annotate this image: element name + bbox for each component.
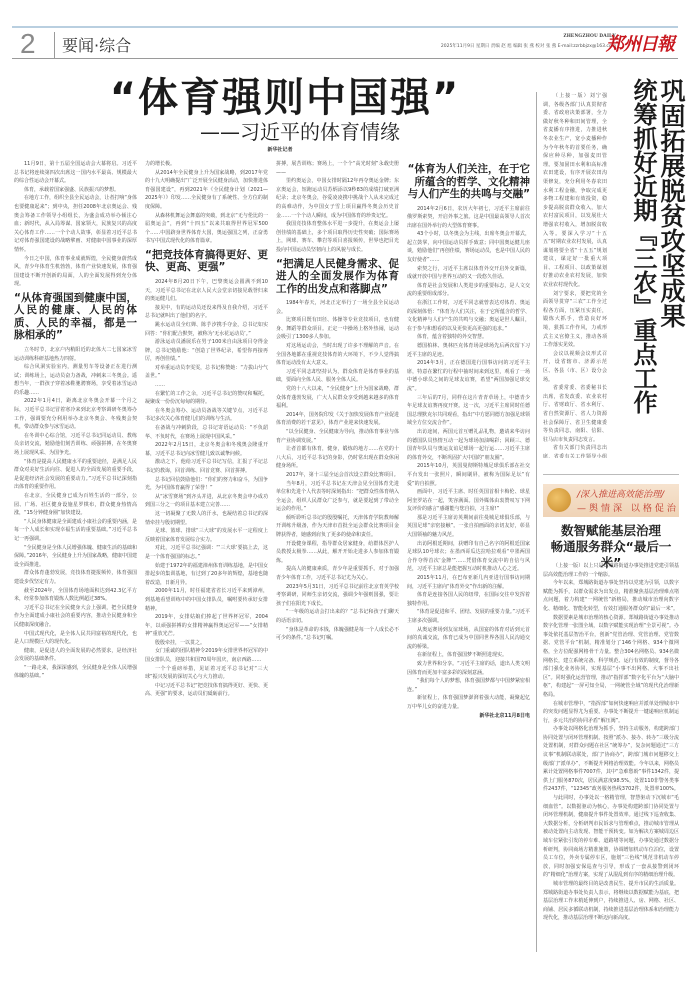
byline: 新华社记者 xyxy=(220,146,340,153)
paragraph: 2000年11月，时任福建省省长习近平来到漳州，到基地看望训练中的中国女排队员，… xyxy=(145,587,268,613)
paragraph: “人民身体健康是全面建成小康社会的重要内涵，是每一个人成长和实现幸福生活的重要基… xyxy=(14,518,137,544)
paragraph: 中记习近平总书记“把竞技体育搞得更好、更快、更高、更强”的要求，运动员们砥砺前行… xyxy=(145,682,268,699)
banner-line-2: —舆情深 以格促治 xyxy=(577,501,679,514)
section-name: 要闻·综合 xyxy=(62,33,131,56)
paragraph: 1984年春天，河北正定举行了一场全县全民运动会。 xyxy=(276,299,399,316)
paragraph: （上接一版）以上只是郑城路街道办事处推进党建引领基层高效能治理工作的一个缩影。 xyxy=(543,562,679,579)
paragraph: 2022年2月15日，北京冬奥会和冬残奥会隆重开幕，习近平总书记向冰雪健儿致以诚… xyxy=(145,441,268,458)
paragraph: …… xyxy=(145,381,268,390)
paragraph: 城市管理的最终目的是改善民生、提升市民的生活质量。郑城路街道办事处负责人表示，将… xyxy=(543,880,679,923)
page-number: 2 xyxy=(20,28,36,60)
paragraph: 跳水运动员全红婵、陈芋汐携手夺金，总书记如实回答：“你们配合默契，被称为‘无水花… xyxy=(145,321,268,338)
paragraph: 2019年，女排姑娘们捧起了世界杯冠军，2004年，以顽强拼搏的女排精神赢得奥运… xyxy=(145,613,268,639)
side-headline-part-3: 加强农田水利建设 xyxy=(610,250,637,450)
paragraph: 那是习近平主席访英期间前往曼城足球俱乐部，与英国足球“亲密接触”。一张自拍画面的… xyxy=(407,514,530,540)
paragraph: 习近平总书记在全民健身大会上强调，把全民健身作为全面建成小康社会的重要内容，推动… xyxy=(14,604,137,630)
paragraph: “一路走来，我深深感到，全民健身是全体人民增强体魄的基础。” xyxy=(14,664,137,681)
paragraph: 体育是社会发展和人类进步的重要标志，是人文交流的重要组成部分。 xyxy=(407,282,530,299)
paragraph: 2023年5月31日，习近平总书记前往北京育英学校考察调研，同师生亲切交流，强调… xyxy=(276,583,399,609)
paragraph: 提高人的健康素质，青少年是重要抓手。对于加强青少年体育工作，习近平总书记尤为关心… xyxy=(276,565,399,582)
paragraph: 力的增长极。 xyxy=(145,160,268,169)
paragraph: 会议以视频会议形式召开，设省辖市、济源示范区、各县（市、区）设分会场。 xyxy=(543,350,607,384)
paragraph: 画面中，习近平主席、时任英国首相卡梅伦、球星阿奎罗站在一起，笑容满面。国外媒体由… xyxy=(407,488,530,514)
paragraph: “身体是革命的本钱，体魄强健是每一个人成长必不可少的条件。”总书记叮嘱。 xyxy=(276,626,399,643)
header-rule xyxy=(12,26,678,28)
paragraph: 体育，蕴含着独特的外交智慧。 xyxy=(407,333,530,342)
paragraph: 让者首都有体育，健身，锻炼的地方……在党的十八大后，习近平总书记的身影，仍时常出… xyxy=(276,445,399,471)
paragraph: （上接一版）刘宁强调，各级各部门认真贯彻省委、省政府决策部署，全力做好秋冬种和田… xyxy=(543,92,607,290)
paragraph: “体育是提高人民健康水平的重要途径，是满足人民群众对美好生活向往、促进人的全面发… xyxy=(14,458,137,492)
main-headline: “体育强则中国强” xyxy=(100,66,470,123)
paragraph: 立冬时节，北京户内稍阳近的北体大二七国家冰雪运动训练科研基地热力四射。 xyxy=(14,346,137,363)
paragraph: 接见中，有的运动员还没来得及自我介绍，习近平总书记就叫出了他们的名字。 xyxy=(145,304,268,321)
section-divider xyxy=(543,474,679,475)
paragraph: 在浙江工作时，习近平同志就曾表达对体育、奥运的深刻体悟：“体育为人们关注，在于它… xyxy=(407,299,530,333)
paragraph: 对这场运动会，当时出现了许多不理解的声音。在全国各地都在重视竞技体育的大环境下，… xyxy=(276,342,399,368)
paragraph: 2015年10月，英国曼彻斯特城足球俱乐部在社交平台发出一张照片，瞬间刷屏，被称… xyxy=(407,462,530,488)
paragraph: 这一切凝聚了无数人的汗水，也凝结着总书记的深情牵挂与殷切期望。 xyxy=(145,510,268,527)
article-column-1: 11月9日，第十五届全国运动会大幕将启。习近平总书记将连续第四次出席这一国内水平… xyxy=(14,160,137,995)
paragraph: 2017年，第十三届全运会首次设立群众比赛项目。 xyxy=(276,471,399,480)
party-emblem-icon xyxy=(547,488,571,512)
paragraph: 在冬奥会筹办、运动员备战等关键节点，习近平总书记多次关心体育健儿们的训练与生活。 xyxy=(145,407,268,424)
sub-headline: ——习近平的体育情缘 xyxy=(180,116,420,145)
paragraph: 2024年8月20日下午，巴黎奥运会圆满不到10天，习近平总书记在北京人民大会堂… xyxy=(145,278,268,304)
paragraph: 党的十八大以来，“全民健身”上升为国家战略，群众体育蓬勃发展，广大人民群众享受到… xyxy=(276,385,399,411)
paragraph: 从奥运赛场到友谊球场，从国宴的体育对话到元首间的真诚交流，体育已成为中国同世界各… xyxy=(407,626,530,652)
paragraph: 出访途间，两国元首互赠礼品礼物，邀请来华访问的德国队员热情互动一起为球场加油喝彩… xyxy=(407,428,530,462)
paragraph: 索契之行，习近平主席以体育外交开启外交新篇，成就开放中国与世界互动的又一段悠久佳… xyxy=(407,265,530,282)
paragraph: 2014年，国务院印发《关于加快发展体育产业促进体育消费的若干意见》，体育产业迎… xyxy=(276,411,399,428)
paragraph: 德国柏林、奥林匹克体育场是球场先后两次留下习近平主席的足迹。 xyxy=(407,342,530,359)
paragraph: 2022年1月4日，距离北京冬奥会开幕一个月之际，习近平总书记冒着寒冷来到北京考… xyxy=(14,397,137,431)
paragraph: 2014年3月，正在德国进行国事访问的习近平主席，特意在繁忙的行程中抽时间来到这… xyxy=(407,359,530,393)
paragraph: 比赛项目既有田径、体操等专业竞技项目，也有健身、舞蹈等群众项目。正定一中操场上格… xyxy=(276,316,399,342)
paragraph: 在冬训中心综合馆，习近平总书记同运动员、教练员亲切交流，勉励他们刻苦训练、顽强拼… xyxy=(14,432,137,458)
paragraph: 对举重运动员李雯雯，总书记称赞她：“力拔山兮气盖世。” xyxy=(145,364,268,381)
paragraph: 我国竞技体育整体水平进一步提升，在奥运会上屡创佳绩的基础上，多个项目取得历史性突… xyxy=(276,220,399,254)
paragraph: 数据要素是城市治理的核心资源。郑城路街道办事处推动数字化管理一张图全域，以数字赋… xyxy=(543,614,679,700)
paragraph: “以全民健身、全民健康为导向，推动体育事业与体育产业协调发展。” xyxy=(276,428,399,445)
article-column-3: 拼搏，展苦训练；赛场上，一个个“高光时刻”永载史册—— 里约奥运会，中国女排时隔… xyxy=(276,160,399,995)
paragraph: 今日之中国，体育事业成就辉煌，全民健身蔚然成风，青少年体育生机勃勃，体育产业快速… xyxy=(14,255,137,289)
paragraph: 三年后的7月，同样在这片青青草场上，中德青少年足球友谊赛再度开赛。这一次，习近平… xyxy=(407,394,530,428)
paragraph: “体育是促进和平、团结、发展的重要力量。”习近平主席多次强调。 xyxy=(407,608,530,625)
paragraph: 办事处以网格化治理为抓手，坚持主动服务，构建跨部门协同处置与闭环管理机制。按照“… xyxy=(543,725,679,794)
paragraph: 在繁忙的工作之余，习近平总书记的赞叹和嘱托，凝聚成一份份沉甸甸的期待。 xyxy=(145,390,268,407)
headline-line-1: 数智赋能基层治理 xyxy=(543,523,679,539)
paragraph: 43个小时，以冬奥会为主线，出席冬奥会开幕式，起立鼓掌，向中国运动员挥手致意；同… xyxy=(407,230,530,264)
paragraph: 致力世界和分享。“习近平主席的话，道出人类文明因体育而更加丰富多彩的深刻意涵。 xyxy=(407,660,530,677)
header-divider xyxy=(54,32,55,58)
paragraph: 殷殷牵挂，一以贯之。 xyxy=(145,639,268,648)
paragraph: 综合风洞实验室内，测量男车等设备正在进行测试；训练场上，运动员奋力备战，冲刺来三… xyxy=(14,363,137,397)
paragraph: 群众体育蓬勃发展，竞技体育捷报频传，体育强国建设步伐坚定有力。 xyxy=(14,569,137,586)
paragraph: 2015年11月，在巴布亚新几内亚进行国事访问期间，习近平主席向“体育外交”作出… xyxy=(407,574,530,591)
paragraph: 足球、篮球、排球“三大球”的发展水平一定程度上反映着国家体育发展综合实力。 xyxy=(145,527,268,544)
paragraph: 在新征程上，体育强国梦不断照进现实。 xyxy=(407,651,530,660)
paragraph: 中国式现代化，是全体人民共同富裕的现代化，也是人口规模巨大的现代化。 xyxy=(14,630,137,647)
paragraph: 当年8月，习近平总书记在天津会见全国体育先进单位和先进个人代表等时深刻指出：“把… xyxy=(276,480,399,514)
section-heading: “把满足人民健身需求、促进人的全面发展作为体育工作的出发点和落脚点” xyxy=(276,258,399,296)
paragraph: “一年级的运动会打出来的？”总书记和孩子们聊天的话语亲切。 xyxy=(276,608,399,625)
paragraph: 开设健身课程，指导群众居家健身，给群体医护人员教授太极拳……从此，解开开始走进多… xyxy=(276,540,399,566)
paragraph: 新征程上，体育强国梦澎湃着强大动能，凝聚起亿万中华儿女的奋进力量。 xyxy=(407,694,530,711)
paragraph: “全民健身是全体人民增强体魄、健康生活的基础和保障。”2016年，全民健身上升为… xyxy=(14,544,137,570)
article-column-4: “体育为人们关注，在于它所蕴含的哲学、文化精神与人们产生的共鸣与交融” 2014… xyxy=(407,160,530,970)
paragraph: 健康，是促进人的全面发展的必然要求，是经济社会发展的基础条件。 xyxy=(14,647,137,664)
paragraph: 2014年2月6日，农历大年初七，习近平主席前往俄罗斯索契，开启外事之旅。这是中… xyxy=(407,205,530,231)
paragraph: 刘宁要求，要把党的全面领导贯穿“三农”工作全过程各方面，压紧压实责任，锻炼大抓手… xyxy=(543,290,607,350)
paragraph: 激动之下，他给习近平总书记写信，汇报了平记总书记的教诲，回首训练、回首竞赛、回首… xyxy=(145,458,268,475)
paragraph: 在地方工作，组织全县全民运动会，让者打响“身体也要健康起来”；到中央，担任200… xyxy=(14,194,137,254)
paragraph: “我们每个人的梦想，体育强国梦都与中国梦紧密相连。” xyxy=(407,677,530,694)
paragraph: 从森林机舞运会舞嘉的突破，到北京“无与伦比的一届奥运会”，再到“十四五”以来共取… xyxy=(145,212,268,246)
paragraph: 截至2024年，全国体育场地面积达到42.3亿平方米，经常参加体育锻炼人数比例超… xyxy=(14,587,137,604)
section-heading: “体育为人们关注，在于它所蕴含的哲学、文化精神与人们产生的共鸣与交融” xyxy=(407,163,530,201)
paragraph: 省有关部门负责同志出席，省委有关工作领导小组成员单位负责同志参加。 xyxy=(543,444,607,458)
paragraph: 在城市管理中，“指挥部”如何快速响应并派单处理城市中的突发问题显得尤为重要。办事… xyxy=(543,700,679,726)
banner-line-1: /深入推进高效能治理/ xyxy=(577,487,664,500)
section-heading: “从体育强国到健康中国，人民的健康、人民的体质、人民的幸福，都是一脉相承的” xyxy=(14,292,137,342)
paragraph: 出访阿根廷期间，获赠印有自己名字的阿根廷国家足球队10号球衣；在墨西哥瓜达拉哈拉… xyxy=(407,540,530,574)
article-column-2: 力的增长极。 从2014年全民健身上升为国家战略，到2017年党的十九大明确提出… xyxy=(145,160,268,995)
paragraph: 游泳运动员潘展乐在男子100米自由泳项目夺得金牌，总书记勉励他：“创造了世界纪录… xyxy=(145,338,268,364)
paragraph: 倾听聆听总书记的殷殷嘱托，天津体育学院教师解开训练升级备，作为天津市首批全运会群… xyxy=(276,514,399,540)
paragraph: 在备战与冲刺阶段，总书记寄语运动员：“不负韶华、不负时代，在赛场上展现中国风采。… xyxy=(145,424,268,441)
paragraph: 一个个重磅举措，见证着习近平总书记对“三大球”振兴发展的深切关心与大力推动。 xyxy=(145,665,268,682)
paragraph: 从2014年全民健身上升为国家战略，到2017年党的十九大明确提出“广泛开展全民… xyxy=(145,169,268,212)
paragraph: 对此，习近平总书记强调：“‘三大球’要搞上去，这是一个体育强国的标志。” xyxy=(145,544,268,561)
paragraph: 始建于1972年的福建漳州体育训练基地，是中国女排起步的集训基地，有过到了20多… xyxy=(145,562,268,588)
paragraph: 体育，承载着国家强盛、民族振兴的梦想。 xyxy=(14,186,137,195)
paragraph: 11月9日，第十五届全国运动会大幕将启。习近平总书记将连续第四次出席这一国内水平… xyxy=(14,160,137,186)
paragraph: 在北京，全民健身已成为百姓生活的一部分，公园、广场、社区健身设施星罗棋布，群众健… xyxy=(14,492,137,518)
paragraph: 习近平同志却坚持认为，群众体育是体育事业的基础，要面向全体人民、服务全体人民。 xyxy=(276,368,399,385)
paragraph: 今年以来，郑城路街道办事处坚持以党建为引领，以数字赋能为抓手，以群众需求为出发点… xyxy=(543,579,679,613)
paragraph: 拼搏，展苦训练；赛场上，一个个“高光时刻”永载史册—— xyxy=(276,160,399,177)
section-heading: “把竞技体育搞得更好、更快、更高、更强” xyxy=(145,249,268,274)
page-header: 2 要闻·综合 ZHENGZHOU DAILY 2025年11月9日 星期日 责… xyxy=(12,30,678,59)
paragraph: 里约奥运会，中国女排时隔12年再夺奥运金牌；东京奥运会，短跑运动员苏炳添以9秒8… xyxy=(276,177,399,220)
paragraph: 省委常委、省委秘书长出席，省发改委、农业农村厅、省财政厅、省水利厅、省自然资源厅… xyxy=(543,384,607,444)
paragraph: 与此同时，办事处以一格精管理，智慧驱动下沉城市“毛细血管”。以数据驱动为核心，办… xyxy=(543,794,679,880)
side-article-1-body: （上接一版）刘宁强调，各级各部门认真贯彻省委、省政府决策部署，全力做好秋冬种和田… xyxy=(543,92,607,458)
masthead-meta: 2025年11月9日 星期日 责编 赵 旭 编辑 张 燕 校对 张 燕 E-ma… xyxy=(441,43,616,49)
column-divider xyxy=(536,92,537,952)
column-banner: /深入推进高效能治理/ —舆情深 以格促治 xyxy=(543,484,679,517)
side-article-2-body: （上接一版）以上只是郑城路街道办事处推进党建引领基层高效能治理工作的一个缩影。 … xyxy=(543,562,679,970)
paragraph: 从“冰雪赛场”到齐头并进，从北京冬奥会申办成功到国三分之一的项目基本建立完善…… xyxy=(145,493,268,510)
side-headline-part-1: 巩固拓展脱贫攻坚成果 xyxy=(658,78,685,378)
dateline: 新华社北京11月8日电 xyxy=(407,712,530,721)
paragraph: 女门重诚的团队精神令2019年女排世界杯冠军的中国女排队员，迎接共和国70周年国… xyxy=(145,647,268,664)
paragraph: 体育是连接各国人民的纽带，在国际交往中发挥着独特作用。 xyxy=(407,591,530,608)
paragraph: 总书记回信鼓励他们：“你们的努力和奋斗，为国争光，为中国体育赢得了荣誉！” xyxy=(145,476,268,493)
masthead-logo: 郑州日報 xyxy=(606,30,674,56)
